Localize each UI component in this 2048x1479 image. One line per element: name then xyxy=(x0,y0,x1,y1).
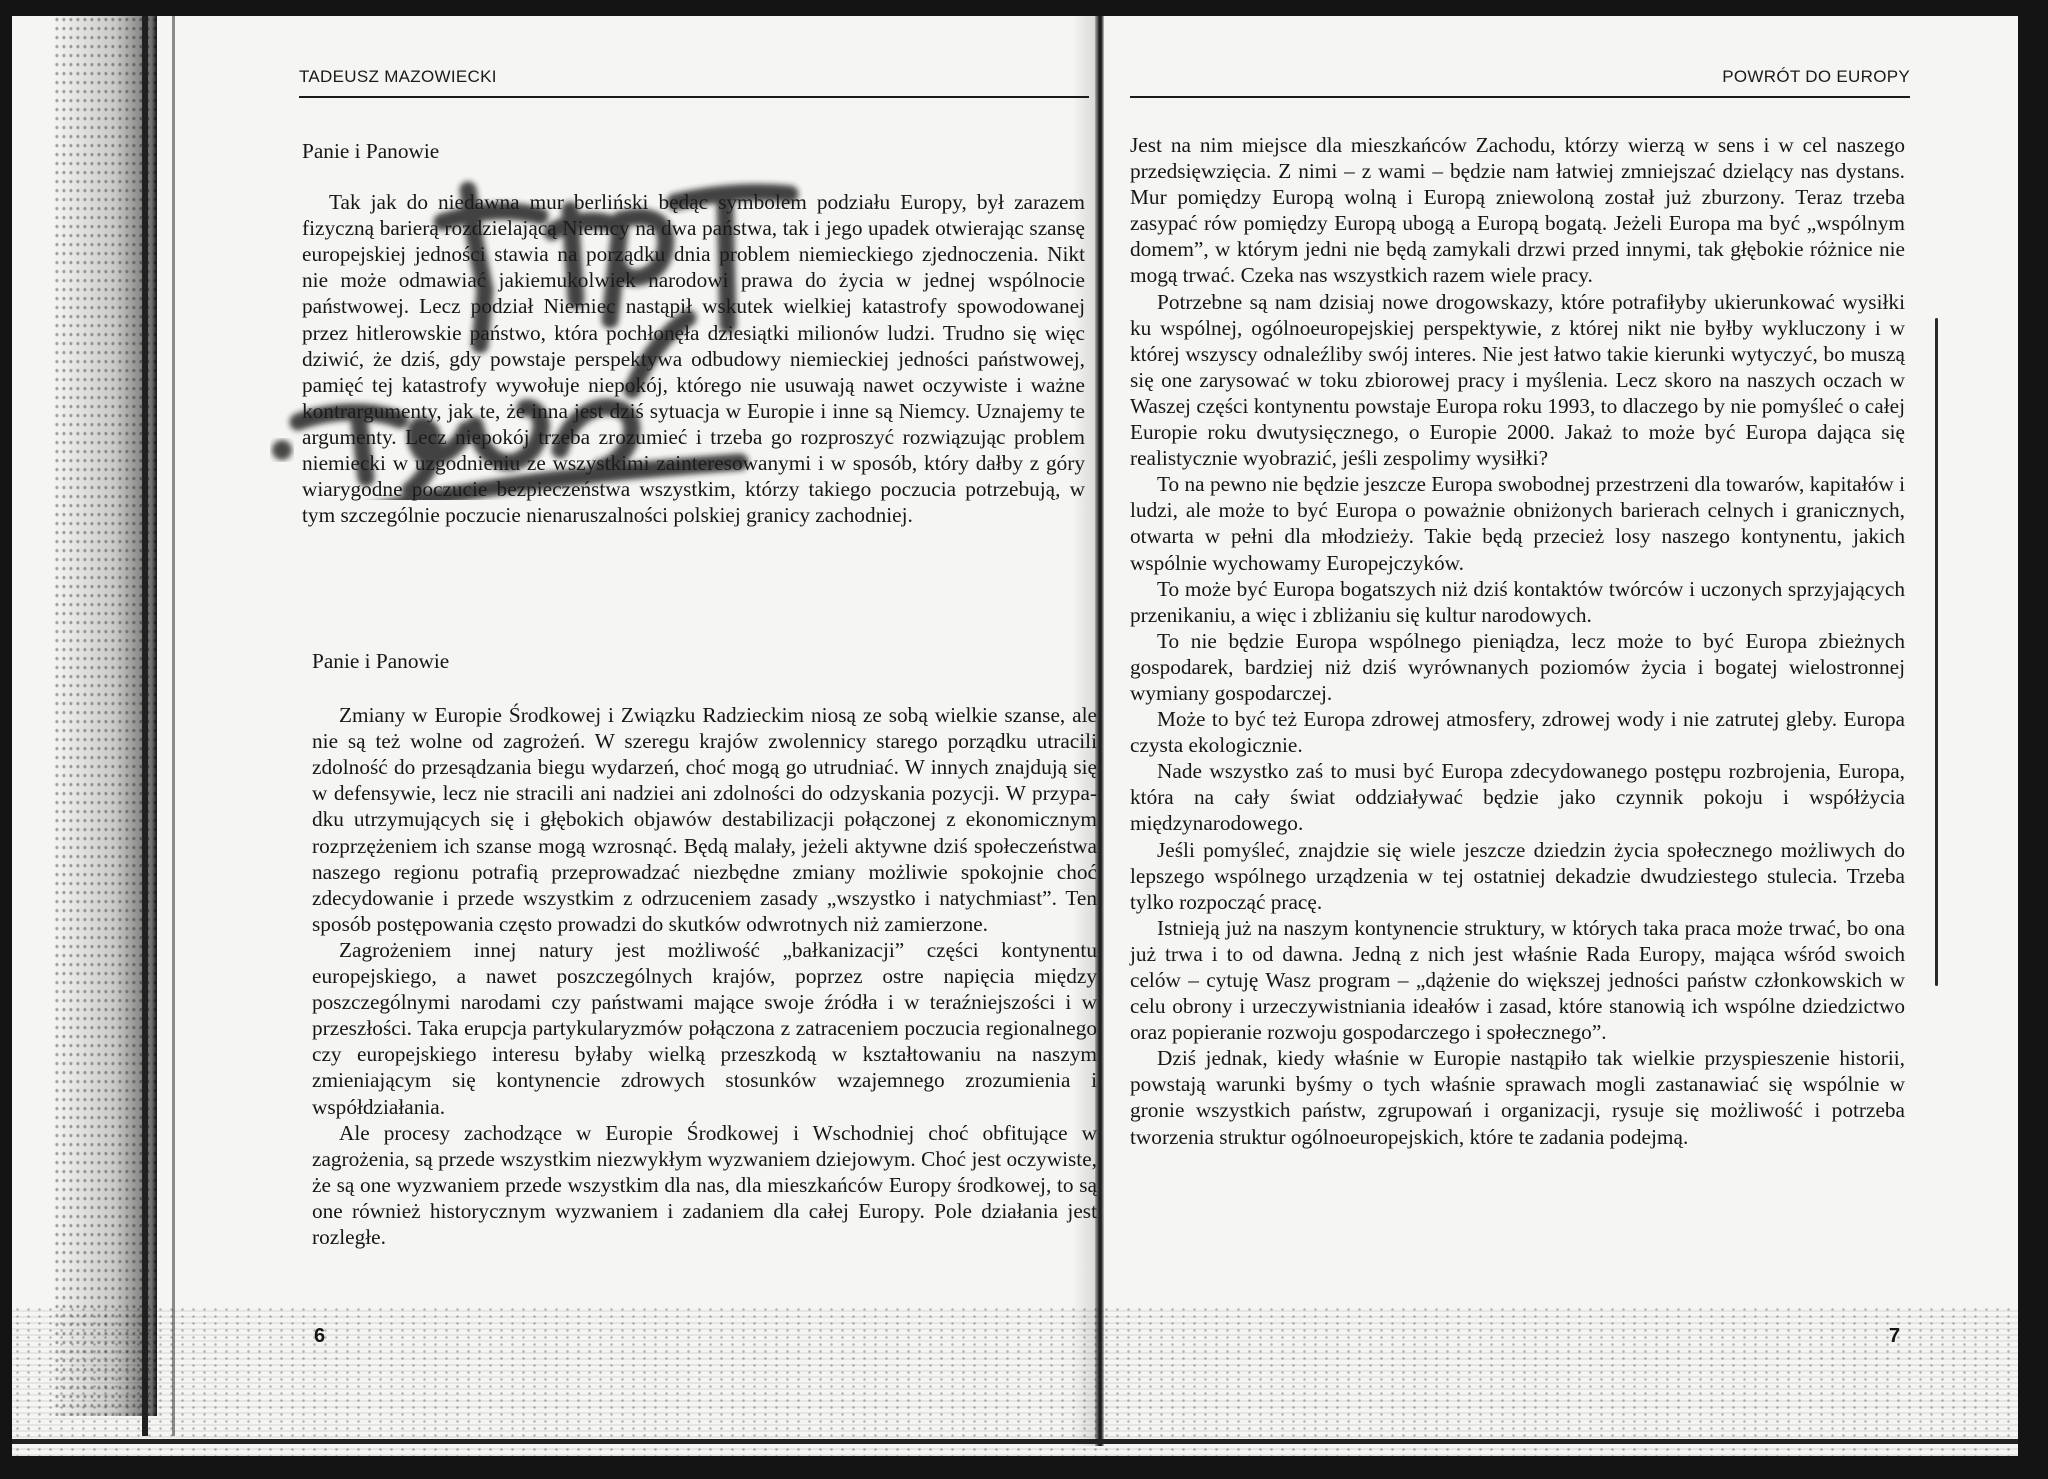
paragraph-continuation: Jest na nim miejsce dla mieszkańców Zach… xyxy=(1130,132,1905,289)
handwritten-margin-line xyxy=(1935,318,1938,986)
paragraph: Może to być też Europa zdrowej atmosfery… xyxy=(1130,706,1905,758)
paragraph: Jeśli pomyśleć, znajdzie się wiele jeszc… xyxy=(1130,837,1905,915)
paragraph: Tak jak do niedawna mur berliński będąc … xyxy=(302,189,1085,528)
page-number: 6 xyxy=(314,1325,325,1348)
paragraph: To na pewno nie będzie jeszcze Europa sw… xyxy=(1130,471,1905,575)
paragraph: Zmiany w Europie Środkowej i Związku Rad… xyxy=(312,702,1097,937)
paragraph: Istnieją już na naszym kontynencie struk… xyxy=(1130,915,1905,1045)
header-rule xyxy=(1130,96,1910,98)
paragraph: Nade wszystko zaś to musi być Europa zde… xyxy=(1130,758,1905,836)
paragraph: To nie będzie Europa wspólnego pieniądza… xyxy=(1130,628,1905,706)
salutation: Panie i Panowie xyxy=(312,648,1097,674)
header-rule xyxy=(299,96,1089,98)
bottom-toner-noise xyxy=(12,1306,2018,1456)
sheet-bottom-edge xyxy=(12,1439,2018,1444)
page-edge-line-secondary xyxy=(172,16,175,1436)
paragraph: Zagrożeniem innej natury jest możliwość … xyxy=(312,937,1097,1120)
paragraph: To może być Europa bogatszych niż dziś k… xyxy=(1130,576,1905,628)
paragraph: Dziś jednak, kiedy właśnie w Europie nas… xyxy=(1130,1045,1905,1149)
salutation: Panie i Panowie xyxy=(302,138,1085,164)
page-number: 7 xyxy=(1889,1325,1900,1348)
running-head-title: POWRÓT DO EUROPY xyxy=(1722,67,1910,87)
section-1: Panie i Panowie Tak jak do niedawna mur … xyxy=(302,138,1085,528)
paragraph: Potrzebne są nam dzisiaj nowe drogowskaz… xyxy=(1130,289,1905,472)
page-edge-line xyxy=(142,16,148,1436)
running-head-author: TADEUSZ MAZOWIECKI xyxy=(299,67,497,87)
right-page-body: Jest na nim miejsce dla mieszkańców Zach… xyxy=(1130,132,1905,1150)
paragraph: Ale procesy zachodzące w Europie Środkow… xyxy=(312,1120,1097,1250)
section-2: Panie i Panowie Zmiany w Europie Środkow… xyxy=(312,648,1097,1250)
